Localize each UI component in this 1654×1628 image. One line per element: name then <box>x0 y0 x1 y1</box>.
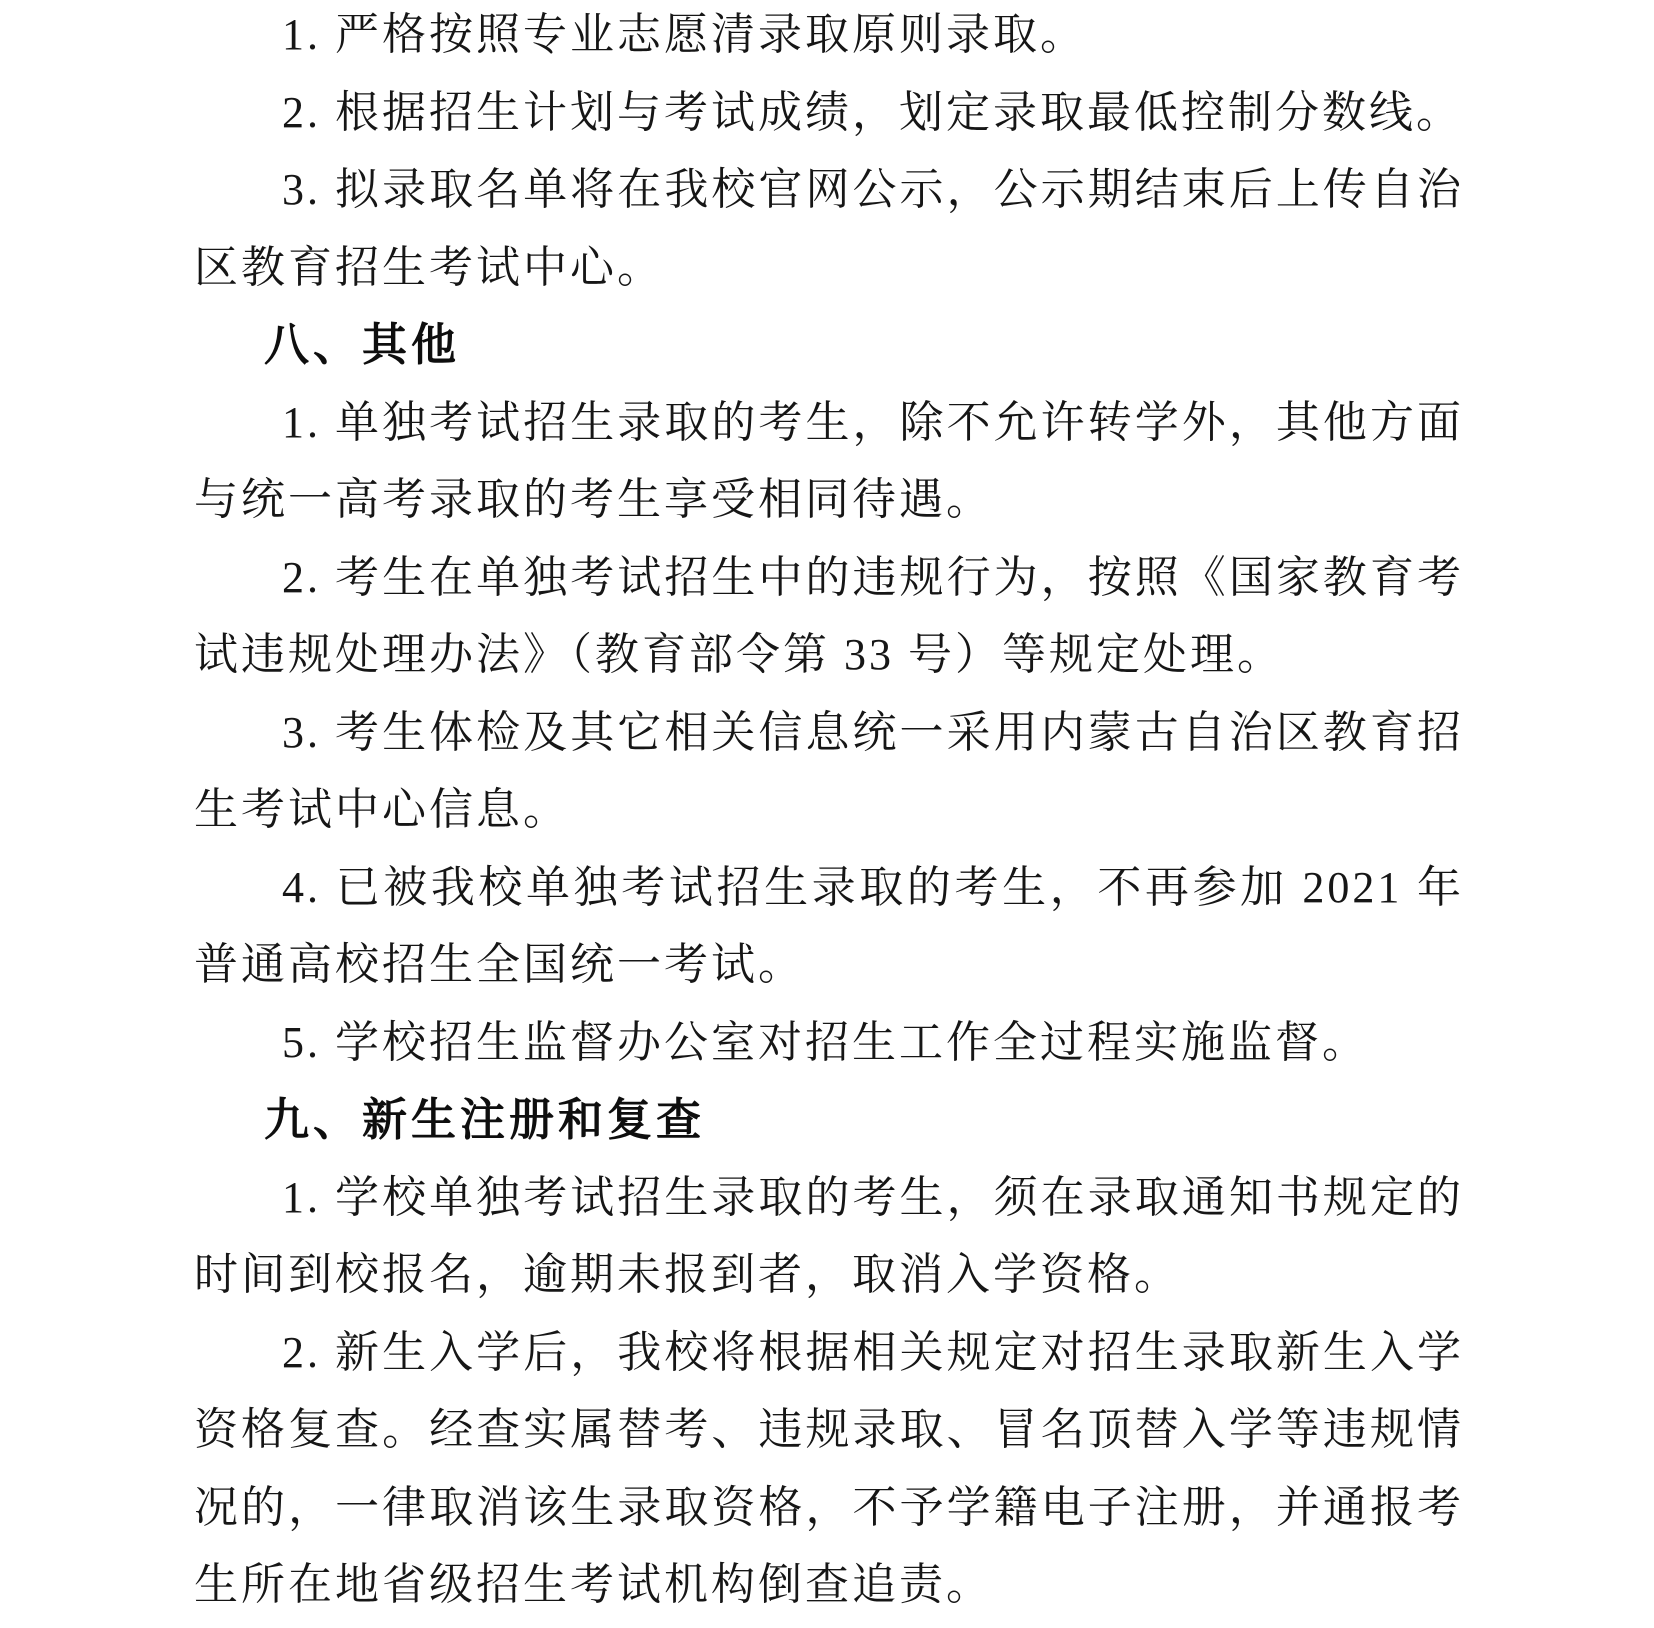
document-page: 1. 严格按照专业志愿清录取原则录取。 2. 根据招生计划与考试成绩，划定录取最… <box>0 0 1654 1628</box>
list-item-others-4: 4. 已被我校单独考试招生录取的考生，不再参加 2021 年普通高校招生全国统一… <box>194 849 1464 1004</box>
list-item-others-1: 1. 单独考试招生录取的考生，除不允许转学外，其他方面与统一高考录取的考生享受相… <box>194 384 1464 539</box>
section-heading-registration: 九、新生注册和复查 <box>194 1081 1464 1159</box>
list-item-admission-rule-2: 2. 根据招生计划与考试成绩，划定录取最低控制分数线。 <box>194 74 1464 152</box>
list-item-others-5: 5. 学校招生监督办公室对招生工作全过程实施监督。 <box>194 1004 1464 1082</box>
list-item-registration-1: 1. 学校单独考试招生录取的考生，须在录取通知书规定的时间到校报名，逾期未报到者… <box>194 1159 1464 1314</box>
list-item-others-3: 3. 考生体检及其它相关信息统一采用内蒙古自治区教育招生考试中心信息。 <box>194 694 1464 849</box>
list-item-registration-2: 2. 新生入学后，我校将根据相关规定对招生录取新生入学资格复查。经查实属替考、违… <box>194 1314 1464 1624</box>
list-item-admission-rule-1: 1. 严格按照专业志愿清录取原则录取。 <box>194 0 1464 74</box>
list-item-others-2: 2. 考生在单独考试招生中的违规行为，按照《国家教育考试违规处理办法》（教育部令… <box>194 539 1464 694</box>
list-item-admission-rule-3: 3. 拟录取名单将在我校官网公示，公示期结束后上传自治区教育招生考试中心。 <box>194 151 1464 306</box>
document-text-block: 1. 严格按照专业志愿清录取原则录取。 2. 根据招生计划与考试成绩，划定录取最… <box>194 0 1464 1624</box>
section-heading-others: 八、其他 <box>194 306 1464 384</box>
